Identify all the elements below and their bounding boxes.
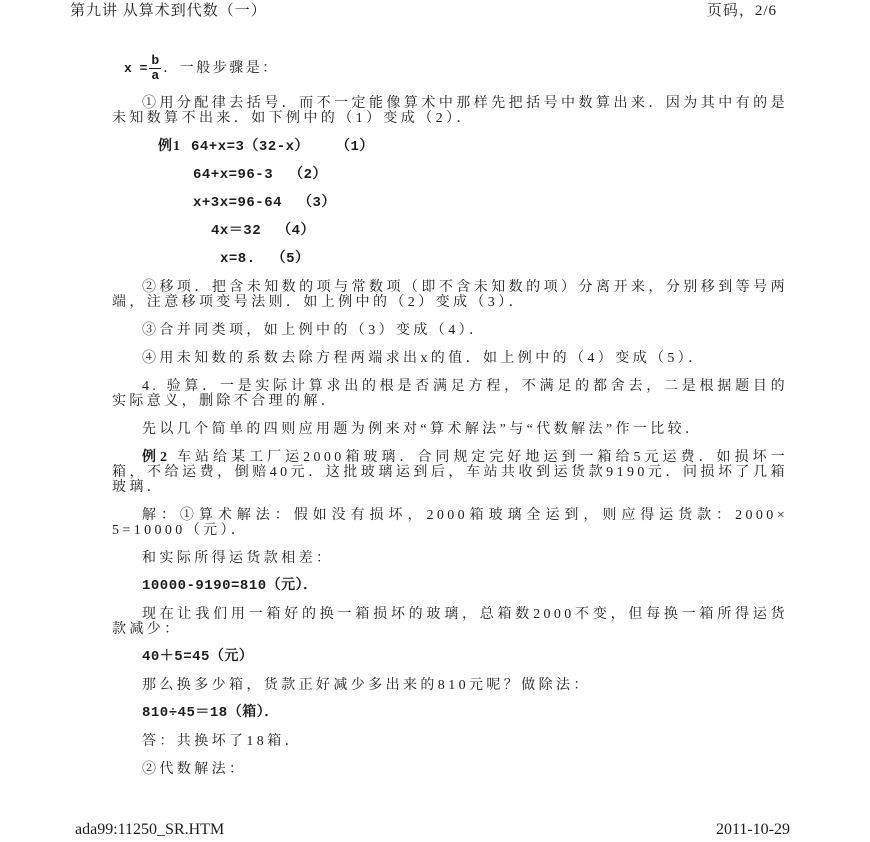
equation-difference: 10000-9190=810（元）． <box>142 579 788 594</box>
fraction-numerator: b <box>149 54 161 69</box>
document-page: 第九讲 从算术到代数（一） 页码，2/6 x = b a ．一般步骤是： ①用分… <box>0 0 870 842</box>
equation-tag: （4） <box>277 223 315 239</box>
equation-text: 64+x=3（32-x） <box>191 139 309 155</box>
paragraph-step1: ①用分配律去括号．而不一定能像算术中那样先把括号中数算出来．因为其中有的是未知数… <box>112 96 788 126</box>
paragraph-step4: ④用未知数的系数去除方程两端求出x的值．如上例中的（4）变成（5）． <box>112 351 788 366</box>
equation-tag: （1） <box>343 139 374 155</box>
paragraph-step5: 4. 验算．一是实际计算求出的根是否满足方程，不满足的都舍去，二是根据题目的实际… <box>112 379 788 409</box>
paragraph-step3: ③合并同类项，如上例中的（3）变成（4）． <box>112 323 788 338</box>
formula-line: x = b a ．一般步骤是： <box>124 54 788 83</box>
document-title: 第九讲 从算术到代数（一） <box>70 3 267 19</box>
example2-solution-intro: 解：①算术解法：假如没有损坏，2000箱玻璃全运到，则应得运货款：2000× 5… <box>112 508 788 538</box>
fraction: b a <box>149 54 161 83</box>
document-body: x = b a ．一般步骤是： ①用分配律去括号．而不一定能像算术中那样先把括号… <box>112 54 788 777</box>
footer-date: 2011-10-29 <box>716 821 790 838</box>
paragraph-step2: ②移项．把含未知数的项与常数项（即不含未知数的项）分离开来，分别移到等号两端，注… <box>112 280 788 310</box>
equation-sum: 40＋5=45（元） <box>142 650 788 665</box>
formula-lhs: x = <box>124 61 147 76</box>
example1-equation-line: 4x＝32（4） <box>211 224 788 239</box>
formula-suffix: ．一般步骤是： <box>163 61 279 76</box>
example2-answer: 答：共换坏了18箱． <box>112 734 788 749</box>
example2-problem-text: 车站给某工厂运2000箱玻璃．合同规定完好地运到一箱给5元运费．如损坏一箱，不给… <box>112 450 788 495</box>
paragraph-compare-intro: 先以几个简单的四则应用题为例来对“算术解法”与“代数解法”作一比较． <box>112 422 788 437</box>
example1-equation-line: x=8.（5） <box>220 252 788 267</box>
example1-label: 例1 <box>158 139 181 154</box>
example1-equation-line: 64+x=96-3（2） <box>193 168 788 183</box>
equation-tag: （5） <box>272 251 310 267</box>
page-number-label: 页码，2/6 <box>707 3 777 19</box>
example2-swap-text: 现在让我们用一箱好的换一箱损坏的玻璃，总箱数2000不变，但每换一箱所得运货款减… <box>112 607 788 637</box>
equation-text: x+3x=96-64 <box>193 195 282 211</box>
page-header: 第九讲 从算术到代数（一） 页码，2/6 <box>70 3 777 19</box>
fraction-denominator: a <box>149 69 161 83</box>
example1-equation-line: 例164+x=3（32-x）（1） <box>158 139 788 155</box>
equation-tag: （2） <box>289 167 327 183</box>
example2-question: 那么换多少箱，货款正好减少多出来的810元呢？做除法： <box>112 678 788 693</box>
example2-label: 例2 <box>142 450 170 465</box>
page-footer: ada99:11250_SR.HTM 2011-10-29 <box>75 821 790 838</box>
equation-tag: （3） <box>298 195 336 211</box>
equation-division: 810÷45＝18（箱）． <box>142 706 788 721</box>
equation-text: 4x＝32 <box>211 223 261 239</box>
example2-diff-label: 和实际所得运货款相差： <box>112 551 788 566</box>
footer-filename: ada99:11250_SR.HTM <box>75 821 224 838</box>
equation-text: x=8. <box>220 251 256 267</box>
example2-problem: 例2车站给某工厂运2000箱玻璃．合同规定完好地运到一箱给5元运费．如损坏一箱，… <box>112 450 788 495</box>
example1-equation-line: x+3x=96-64（3） <box>193 196 788 211</box>
equation-text: 64+x=96-3 <box>193 167 273 183</box>
example2-algebra-label: ②代数解法： <box>112 762 788 777</box>
